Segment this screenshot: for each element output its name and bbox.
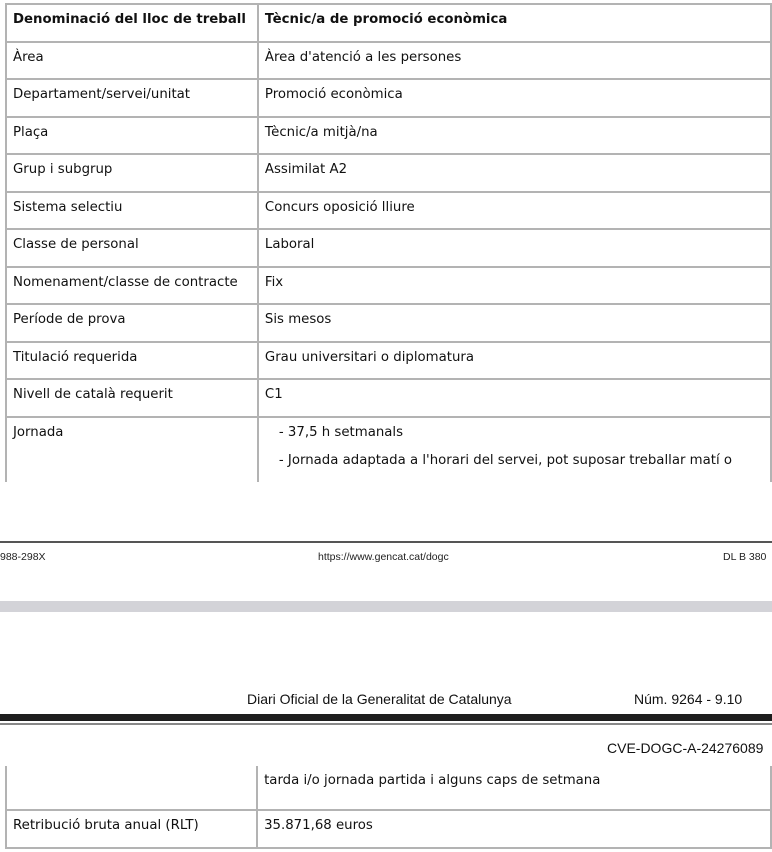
row-value: Àrea d'atenció a les persones [258, 42, 771, 80]
row-label: Període de prova [6, 304, 258, 342]
row-label: Grup i subgrup [6, 154, 258, 192]
table-row: Departament/servei/unitat Promoció econò… [6, 79, 771, 117]
header-rule-thin [0, 723, 772, 725]
row-value: Promoció econòmica [258, 79, 771, 117]
row-value: Fix [258, 267, 771, 305]
row-label: Jornada [6, 417, 258, 482]
row-label: Classe de personal [6, 229, 258, 267]
table-row: Retribució bruta anual (RLT) 35.871,68 e… [6, 810, 771, 848]
row-label: Nomenament/classe de contracte [6, 267, 258, 305]
row-value: Assimilat A2 [258, 154, 771, 192]
footer-issn: 988-298X [0, 551, 46, 563]
row-value: Laboral [258, 229, 771, 267]
header-rule-thick [0, 714, 772, 721]
footer-url[interactable]: https://www.gencat.cat/dogc [318, 551, 449, 563]
job-details-table-continued: tarda i/o jornada partida i alguns caps … [5, 766, 772, 849]
row-label: Titulació requerida [6, 342, 258, 380]
row-label: Retribució bruta anual (RLT) [6, 810, 257, 848]
table-row: Titulació requerida Grau universitari o … [6, 342, 771, 380]
header-label: Denominació del lloc de treball [6, 4, 258, 42]
row-value: C1 [258, 379, 771, 417]
row-value: tarda i/o jornada partida i alguns caps … [257, 766, 771, 810]
jornada-item: - Jornada adaptada a l'horari del servei… [265, 453, 764, 468]
row-value: Sis mesos [258, 304, 771, 342]
table-header-row: Denominació del lloc de treball Tècnic/a… [6, 4, 771, 42]
jornada-item: - 37,5 h setmanals [265, 425, 764, 440]
row-label: Sistema selectiu [6, 192, 258, 230]
row-value-jornada: - 37,5 h setmanals - Jornada adaptada a … [258, 417, 771, 482]
row-value: Concurs oposició lliure [258, 192, 771, 230]
table-row: Nomenament/classe de contracte Fix [6, 267, 771, 305]
footer-legal-deposit: DL B 380 [723, 551, 766, 563]
row-value: Grau universitari o diplomatura [258, 342, 771, 380]
footer-rule [0, 541, 772, 543]
table-row: Nivell de català requerit C1 [6, 379, 771, 417]
table-row-jornada: Jornada - 37,5 h setmanals - Jornada ada… [6, 417, 771, 482]
row-label: Àrea [6, 42, 258, 80]
table-row: Grup i subgrup Assimilat A2 [6, 154, 771, 192]
page-separator [0, 601, 772, 612]
table-row: Classe de personal Laboral [6, 229, 771, 267]
cve-code: CVE-DOGC-A-24276089 [607, 740, 763, 756]
row-value: Tècnic/a mitjà/na [258, 117, 771, 155]
job-details-table: Denominació del lloc de treball Tècnic/a… [5, 3, 772, 482]
table-row: Àrea Àrea d'atenció a les persones [6, 42, 771, 80]
row-value: 35.871,68 euros [257, 810, 771, 848]
row-label: Plaça [6, 117, 258, 155]
issue-number: Núm. 9264 - 9.10 [634, 691, 742, 707]
header-value: Tècnic/a de promoció econòmica [258, 4, 771, 42]
journal-title: Diari Oficial de la Generalitat de Catal… [247, 691, 512, 707]
row-label-empty [6, 766, 257, 810]
table-row: Plaça Tècnic/a mitjà/na [6, 117, 771, 155]
table-row: Període de prova Sis mesos [6, 304, 771, 342]
row-label: Departament/servei/unitat [6, 79, 258, 117]
table-row: Sistema selectiu Concurs oposició lliure [6, 192, 771, 230]
row-label: Nivell de català requerit [6, 379, 258, 417]
table-row-jornada-continued: tarda i/o jornada partida i alguns caps … [6, 766, 771, 810]
